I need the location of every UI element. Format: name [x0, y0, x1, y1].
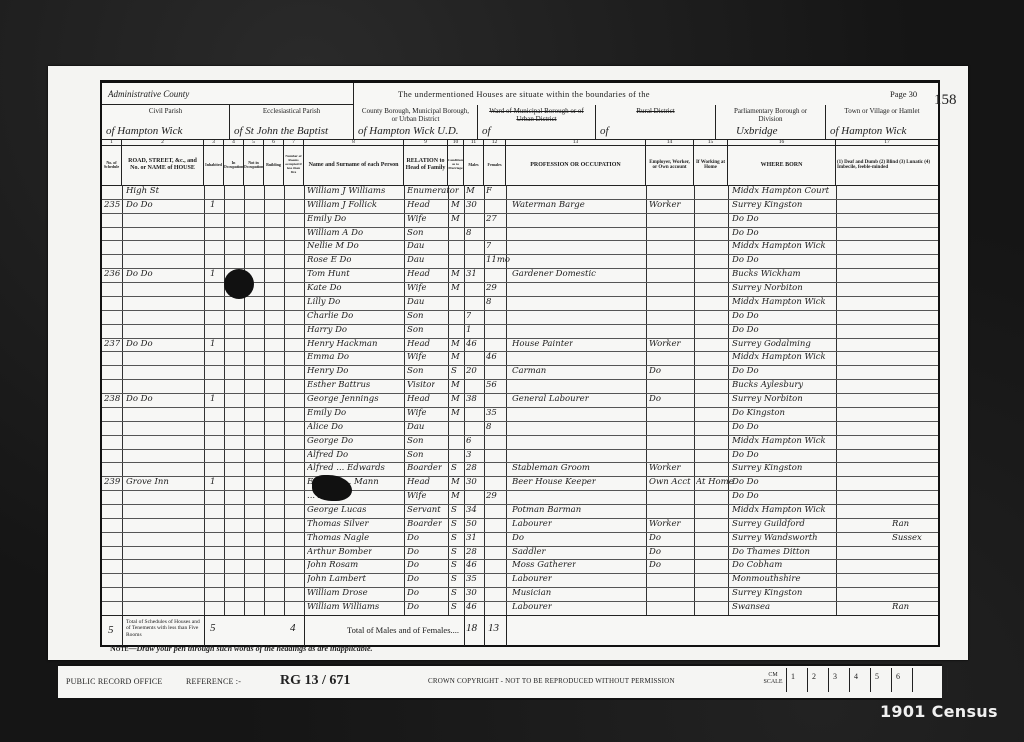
- cell-born: Surrey Kingston: [732, 200, 802, 210]
- cell-born: Surrey Wandsworth: [732, 533, 818, 543]
- cell-name: Thomas Silver: [307, 519, 369, 529]
- rooms-total-value: 4: [290, 622, 296, 634]
- cell-born: Middx Hampton Wick: [732, 505, 826, 515]
- cell-cond: M: [451, 380, 460, 390]
- cell-cond: S: [451, 602, 457, 612]
- cell-home: At Home: [696, 477, 734, 487]
- boundary-header-row: Civil Parish of Hampton Wick Ecclesiasti…: [102, 105, 938, 140]
- cell-sched: 237: [104, 339, 120, 349]
- cell-m: 30: [466, 477, 477, 487]
- census-entry-row: Arthur BomberDoS28SaddlerDoDo Thames Dit…: [102, 546, 938, 561]
- eccl-parish-cell: Ecclesiastical Parish of St John the Bap…: [230, 105, 354, 139]
- parliamentary-cell: Parliamentary Borough or Division Uxbrid…: [716, 105, 826, 139]
- col-males: 11Males: [464, 139, 484, 185]
- col-employer: 14Employer, Worker, or Own account: [646, 139, 694, 185]
- cell-name: William J Williams: [307, 186, 385, 196]
- cell-name: Nellie M Do: [307, 241, 359, 251]
- ward-label: Ward of Municipal Borough or of Urban Di…: [478, 107, 595, 123]
- cell-rel: Dau: [407, 241, 424, 251]
- col-in-occupation: 4In Occupation: [224, 139, 244, 185]
- cell-born: Swansea: [732, 602, 770, 612]
- cell-born: Middx Hampton Wick: [732, 352, 826, 362]
- cell-rel: Son: [407, 450, 423, 460]
- cell-m: 28: [466, 547, 477, 557]
- cell-m: 28: [466, 463, 477, 473]
- cell-f: F: [486, 186, 492, 196]
- cell-f: 46: [486, 352, 497, 362]
- cell-occ: Gardener Domestic: [512, 269, 596, 279]
- cell-f: 11mo: [486, 255, 510, 265]
- cell-occ: General Labourer: [512, 394, 589, 404]
- cell-born: Do Do: [732, 228, 759, 238]
- census-page: Administrative County The undermentioned…: [48, 66, 968, 660]
- males-total: 18: [466, 622, 477, 634]
- scale-tick: 5: [870, 668, 891, 692]
- eccl-parish-value: of St John the Baptist: [234, 125, 328, 137]
- census-entry-row: Thomas NagleDoS31DoDoSurrey WandsworthSu…: [102, 532, 938, 547]
- parliamentary-value: Uxbridge: [736, 125, 778, 137]
- scale-tick: [912, 668, 948, 692]
- col-address: 2ROAD, STREET, &c., and No. or NAME of H…: [122, 139, 204, 185]
- cell-rel: Do: [407, 588, 419, 598]
- cell-born: Do Cobham: [732, 560, 782, 570]
- cell-f: 27: [486, 214, 497, 224]
- cell-emp: Do: [649, 366, 661, 376]
- reference-number: RG 13 / 671: [280, 673, 350, 689]
- cell-m: 35: [466, 574, 477, 584]
- cell-inf: Ran: [892, 519, 909, 529]
- cell-rel: Do: [407, 560, 419, 570]
- census-entry-row: Emily DoWifeM35Do Kingston: [102, 407, 938, 422]
- cell-f: 8: [486, 422, 491, 432]
- cell-rel: Wife: [407, 491, 426, 501]
- cell-rel: Son: [407, 311, 423, 321]
- cell-m: 34: [466, 505, 477, 515]
- col-occupation: 13PROFESSION OR OCCUPATION: [506, 139, 646, 185]
- cell-born: Bucks Wickham: [732, 269, 801, 279]
- scale-label: CM SCALE: [760, 668, 786, 694]
- cell-rel: Wife: [407, 352, 426, 362]
- cell-name: George Do: [307, 436, 353, 446]
- ward-cell: Ward of Municipal Borough or of Urban Di…: [478, 105, 596, 139]
- cell-m: 30: [466, 588, 477, 598]
- cell-occ: Saddler: [512, 547, 546, 557]
- rural-district-cell: Rural District of: [596, 105, 716, 139]
- cell-emp: Worker: [649, 519, 681, 529]
- eccl-parish-label: Ecclesiastical Parish: [230, 107, 353, 115]
- cm-scale: CM SCALE 1 2 3 4 5 6: [760, 668, 948, 694]
- cell-name: Emily Do: [307, 408, 346, 418]
- cell-rel: Servant: [407, 505, 441, 515]
- cell-born: Bucks Aylesbury: [732, 380, 803, 390]
- census-entry-row: Nellie M DoDau7Middx Hampton Wick: [102, 240, 938, 255]
- cell-occ: Musician: [512, 588, 551, 598]
- cell-born: Middx Hampton Wick: [732, 297, 826, 307]
- cell-occ: House Painter: [512, 339, 573, 349]
- county-borough-label: County Borough, Municipal Borough, or Ur…: [354, 107, 477, 123]
- cell-born: Do Do: [732, 450, 759, 460]
- cell-name: Alfred ... Edwards: [307, 463, 385, 473]
- cell-born: Middx Hampton Court: [732, 186, 829, 196]
- civil-parish-cell: Civil Parish of Hampton Wick: [102, 105, 230, 139]
- cell-cond: M: [451, 214, 460, 224]
- cell-rel: Wife: [407, 283, 426, 293]
- scale-tick: 2: [807, 668, 828, 692]
- cell-m: 8: [466, 228, 471, 238]
- copyright-notice: CROWN COPYRIGHT - NOT TO BE REPRODUCED W…: [428, 677, 675, 685]
- cell-inh: 1: [210, 339, 215, 349]
- census-entry-row: 235Do Do1William J FollickHeadM30Waterma…: [102, 199, 938, 214]
- record-office-strip: PUBLIC RECORD OFFICE REFERENCE :- RG 13 …: [58, 664, 942, 700]
- census-entry-row: Alice DoDau8Do Do: [102, 421, 938, 436]
- cell-cond: S: [451, 366, 457, 376]
- cell-born: Surrey Godalming: [732, 339, 811, 349]
- col-schedule: 1No. of Schedule: [102, 139, 122, 185]
- census-entry-row: Emily DoWifeM27Do Do: [102, 213, 938, 228]
- cell-occ: Potman Barman: [512, 505, 581, 515]
- cell-emp: Do: [649, 533, 661, 543]
- cell-inf: Ran: [892, 602, 909, 612]
- cell-name: Emma Do: [307, 352, 349, 362]
- county-borough-cell: County Borough, Municipal Borough, or Ur…: [354, 105, 478, 139]
- cell-born: Middx Hampton Wick: [732, 436, 826, 446]
- town-label: Town or Village or Hamlet: [826, 107, 938, 115]
- cell-sched: 239: [104, 477, 120, 487]
- census-entry-row: Charlie DoSon7Do Do: [102, 310, 938, 325]
- cell-born: Surrey Guildford: [732, 519, 805, 529]
- cell-born: Surrey Norbiton: [732, 394, 803, 404]
- cell-name: Alfred Do: [307, 450, 348, 460]
- cell-f: 7: [486, 241, 491, 251]
- cell-cond: M: [451, 339, 460, 349]
- females-total: 13: [488, 622, 499, 634]
- cell-born: Do Do: [732, 311, 759, 321]
- cell-sched: 236: [104, 269, 120, 279]
- cell-rel: Dau: [407, 255, 424, 265]
- cell-address: Do Do: [126, 200, 153, 210]
- office-label: PUBLIC RECORD OFFICE: [66, 677, 162, 686]
- cell-rel: Son: [407, 325, 423, 335]
- cell-rel: Do: [407, 574, 419, 584]
- page-number: Page 30: [890, 89, 917, 99]
- cell-inh: 1: [210, 269, 215, 279]
- cell-rel: Head: [407, 477, 430, 487]
- cell-m: 46: [466, 339, 477, 349]
- cell-inh: 1: [210, 477, 215, 487]
- cell-born: Do Do: [732, 491, 759, 501]
- col-inhabited: 3Inhabited: [204, 139, 224, 185]
- census-entry-row: Harry DoSon1Do Do: [102, 324, 938, 339]
- census-entry-row: 238Do Do1George JenningsHeadM38General L…: [102, 393, 938, 408]
- inhabited-total-value: 5: [210, 622, 216, 634]
- census-entry-row: Lilly DoDau8Middx Hampton Wick: [102, 296, 938, 311]
- census-entry-row: 237Do Do1Henry HackmanHeadM46House Paint…: [102, 338, 938, 353]
- cell-name: Rose E Do: [307, 255, 351, 265]
- census-entry-row: Rose E DoDau11moDo Do: [102, 254, 938, 269]
- civil-parish-value: of Hampton Wick: [106, 125, 182, 137]
- census-entry-row: Esther BattrusVisitorM56Bucks Aylesbury: [102, 379, 938, 394]
- cell-rel: Head: [407, 394, 430, 404]
- cell-born: Monmouthshire: [732, 574, 801, 584]
- col-working-home: 15If Working at Home: [694, 139, 728, 185]
- census-entry-row: John LambertDoS35LabourerMonmouthshire: [102, 573, 938, 588]
- cell-emp: Do: [649, 394, 661, 404]
- cell-name: Lilly Do: [307, 297, 340, 307]
- admin-county-label: Administrative County: [102, 83, 354, 105]
- civil-parish-label: Civil Parish: [102, 107, 229, 115]
- cell-inh: 1: [210, 394, 215, 404]
- cell-f: 56: [486, 380, 497, 390]
- cell-rel: Wife: [407, 408, 426, 418]
- cell-rel: Head: [407, 339, 430, 349]
- cell-name: Emily Do: [307, 214, 346, 224]
- col-females: 12Females: [484, 139, 506, 185]
- cell-rel: Visitor: [407, 380, 435, 390]
- cell-born: Do Kingston: [732, 408, 785, 418]
- cell-address: Grove Inn: [126, 477, 169, 487]
- col-building: 6Building: [264, 139, 284, 185]
- cell-occ: Labourer: [512, 519, 552, 529]
- cell-inf: Sussex: [892, 533, 922, 543]
- cell-emp: Worker: [649, 339, 681, 349]
- cell-rel: Do: [407, 533, 419, 543]
- cell-name: Tom Hunt: [307, 269, 350, 279]
- cell-born: Do Do: [732, 366, 759, 376]
- cell-m: 3: [466, 450, 471, 460]
- census-entry-row: William A DoSon8Do Do: [102, 227, 938, 242]
- cell-rel: Do: [407, 547, 419, 557]
- cell-name: Charlie Do: [307, 311, 353, 321]
- census-entry-row: George DoSon6Middx Hampton Wick: [102, 435, 938, 450]
- cell-f: 29: [486, 491, 497, 501]
- cell-sched: 238: [104, 394, 120, 404]
- cell-name: Alice Do: [307, 422, 343, 432]
- rural-district-value: of: [600, 125, 609, 137]
- cell-born: Surrey Kingston: [732, 588, 802, 598]
- cell-occ: Do: [512, 533, 524, 543]
- cell-m: 38: [466, 394, 477, 404]
- cell-address: Do Do: [126, 269, 153, 279]
- cell-rel: Son: [407, 228, 423, 238]
- rural-district-label: Rural District: [596, 107, 715, 115]
- cell-m: M: [466, 186, 475, 196]
- census-entry-row: William WilliamsDoS46LabourerSwanseaRan: [102, 601, 938, 616]
- cell-emp: Do: [649, 560, 661, 570]
- scale-tick: 1: [786, 668, 807, 692]
- cell-emp: Do: [649, 547, 661, 557]
- cell-born: Do Do: [732, 325, 759, 335]
- cell-cond: M: [451, 200, 460, 210]
- ink-blot: [224, 269, 254, 299]
- cell-emp: Worker: [649, 463, 681, 473]
- cell-name: George Jennings: [307, 394, 379, 404]
- cell-cond: S: [451, 560, 457, 570]
- cell-sched: 235: [104, 200, 120, 210]
- ward-value: of: [482, 125, 491, 137]
- cell-m: 1: [466, 325, 471, 335]
- cell-rel: Son: [407, 366, 423, 376]
- cell-occ: Beer House Keeper: [512, 477, 596, 487]
- cell-rel: Son: [407, 436, 423, 446]
- cell-cond: M: [451, 269, 460, 279]
- cell-m: 50: [466, 519, 477, 529]
- cell-born: Do Do: [732, 422, 759, 432]
- cell-rel: Enumerator: [407, 186, 459, 196]
- cell-m: 46: [466, 560, 477, 570]
- cell-occ: Carman: [512, 366, 546, 376]
- cell-name: Henry Hackman: [307, 339, 377, 349]
- cell-f: 8: [486, 297, 491, 307]
- cell-m: 7: [466, 311, 471, 321]
- cell-occ: Labourer: [512, 574, 552, 584]
- cell-occ: Moss Gatherer: [512, 560, 576, 570]
- cell-rel: Boarder: [407, 519, 442, 529]
- cell-emp: Worker: [649, 200, 681, 210]
- cell-name: George Lucas: [307, 505, 366, 515]
- cell-name: John Rosam: [307, 560, 358, 570]
- col-where-born: 16WHERE BORN: [728, 139, 836, 185]
- cell-name: John Lambert: [307, 574, 366, 584]
- schedules-total-value: 5: [108, 624, 114, 636]
- cell-m: 46: [466, 602, 477, 612]
- schedules-total-label: Total of Schedules of Houses and of Tene…: [126, 619, 202, 638]
- cell-cond: M: [451, 352, 460, 362]
- cell-born: Do Do: [732, 255, 759, 265]
- cell-born: Do Thames Ditton: [732, 547, 810, 557]
- cell-rel: Head: [407, 200, 430, 210]
- cell-cond: M: [451, 394, 460, 404]
- cell-cond: S: [451, 533, 457, 543]
- cell-name: William A Do: [307, 228, 363, 238]
- census-entry-row: William DroseDoS30MusicianSurrey Kingsto…: [102, 587, 938, 602]
- cell-born: Surrey Kingston: [732, 463, 802, 473]
- cell-occ: Labourer: [512, 602, 552, 612]
- cell-cond: S: [451, 463, 457, 473]
- cell-born: Do Do: [732, 214, 759, 224]
- entries-grid: High StWilliam J WilliamsEnumeratorMFMid…: [102, 185, 938, 615]
- cell-name: Esther Battrus: [307, 380, 370, 390]
- cell-name: Henry Do: [307, 366, 348, 376]
- cell-address: High St: [126, 186, 159, 196]
- males-females-label: Total of Males and of Females....: [347, 625, 459, 635]
- census-entry-row: ... DoWifeM29Do Do: [102, 490, 938, 505]
- cell-born: Middx Hampton Wick: [732, 241, 826, 251]
- cell-name: Harry Do: [307, 325, 347, 335]
- cell-cond: M: [451, 408, 460, 418]
- folio-number: 158: [934, 92, 957, 109]
- cell-cond: S: [451, 574, 457, 584]
- census-caption: 1901 Census: [880, 702, 998, 721]
- county-borough-value: of Hampton Wick U.D.: [358, 125, 459, 137]
- cell-m: 31: [466, 533, 477, 543]
- census-entry-row: Alfred DoSon3Do Do: [102, 449, 938, 464]
- cell-name: Arthur Bomber: [307, 547, 372, 557]
- cell-f: 35: [486, 408, 497, 418]
- cell-cond: S: [451, 519, 457, 529]
- column-headings: 1No. of Schedule 2ROAD, STREET, &c., and…: [102, 139, 938, 186]
- cell-m: 31: [466, 269, 477, 279]
- cell-cond: S: [451, 505, 457, 515]
- cell-born: Do Do: [732, 477, 759, 487]
- parliamentary-label: Parliamentary Borough or Division: [716, 107, 825, 123]
- cell-m: 30: [466, 200, 477, 210]
- scale-tick: 6: [891, 668, 912, 692]
- note: Note—Draw your pen through such words of…: [110, 644, 373, 653]
- cell-f: 29: [486, 283, 497, 293]
- col-rooms: 7Number of Rooms occupied if less than f…: [284, 139, 304, 185]
- cell-name: William Drose: [307, 588, 368, 598]
- scale-tick: 4: [849, 668, 870, 692]
- col-relation: 9RELATION to Head of Family: [404, 139, 448, 185]
- cell-emp: Own Acct: [649, 477, 691, 487]
- town-cell: Town or Village or Hamlet of Hampton Wic…: [826, 105, 938, 139]
- col-name: 8Name and Surname of each Person: [304, 139, 404, 185]
- col-not-in-occupation: 5Not in Occupation: [244, 139, 264, 185]
- cell-rel: Boarder: [407, 463, 442, 473]
- census-entry-row: Alfred ... EdwardsBoarderS28Stableman Gr…: [102, 462, 938, 477]
- col-infirmity: 17(1) Deaf and Dumb (2) Blind (3) Lunati…: [836, 139, 938, 185]
- census-entry-row: John RosamDoS46Moss GathererDoDo Cobham: [102, 559, 938, 574]
- cell-name: William J Follick: [307, 200, 377, 210]
- cell-m: 6: [466, 436, 471, 446]
- cell-occ: Stableman Groom: [512, 463, 590, 473]
- cell-address: Do Do: [126, 339, 153, 349]
- cell-occ: Waterman Barge: [512, 200, 585, 210]
- cell-cond: M: [451, 283, 460, 293]
- reference-label: REFERENCE :-: [186, 677, 241, 686]
- cell-rel: Do: [407, 602, 419, 612]
- census-sheet: Administrative County The undermentioned…: [100, 80, 940, 647]
- cell-cond: M: [451, 477, 460, 487]
- cell-rel: Wife: [407, 214, 426, 224]
- cell-born: Surrey Norbiton: [732, 283, 803, 293]
- scale-tick: 3: [828, 668, 849, 692]
- cell-rel: Dau: [407, 422, 424, 432]
- census-entry-row: Emma DoWifeM46Middx Hampton Wick: [102, 351, 938, 366]
- cell-name: Thomas Nagle: [307, 533, 369, 543]
- col-condition: 10Condition as to Marriage: [448, 139, 464, 185]
- census-entry-row: 239Grove Inn1Edward ... MannHeadM30Beer …: [102, 476, 938, 491]
- census-entry-row: High StWilliam J WilliamsEnumeratorMFMid…: [102, 185, 938, 200]
- town-value: of Hampton Wick: [830, 125, 906, 137]
- cell-rel: Head: [407, 269, 430, 279]
- cell-cond: S: [451, 547, 457, 557]
- intro-text: The undermentioned Houses are situate wi…: [398, 89, 650, 99]
- census-entry-row: Henry DoSonS20CarmanDoDo Do: [102, 365, 938, 380]
- cell-m: 20: [466, 366, 477, 376]
- cell-address: Do Do: [126, 394, 153, 404]
- census-entry-row: Thomas SilverBoarderS50LabourerWorkerSur…: [102, 518, 938, 533]
- cell-name: William Williams: [307, 602, 379, 612]
- cell-name: Kate Do: [307, 283, 342, 293]
- cell-cond: S: [451, 588, 457, 598]
- cell-rel: Dau: [407, 297, 424, 307]
- totals-row: Total of Schedules of Houses and of Tene…: [102, 615, 938, 646]
- cell-inh: 1: [210, 200, 215, 210]
- cell-cond: M: [451, 491, 460, 501]
- census-entry-row: George LucasServantS34Potman BarmanMiddx…: [102, 504, 938, 519]
